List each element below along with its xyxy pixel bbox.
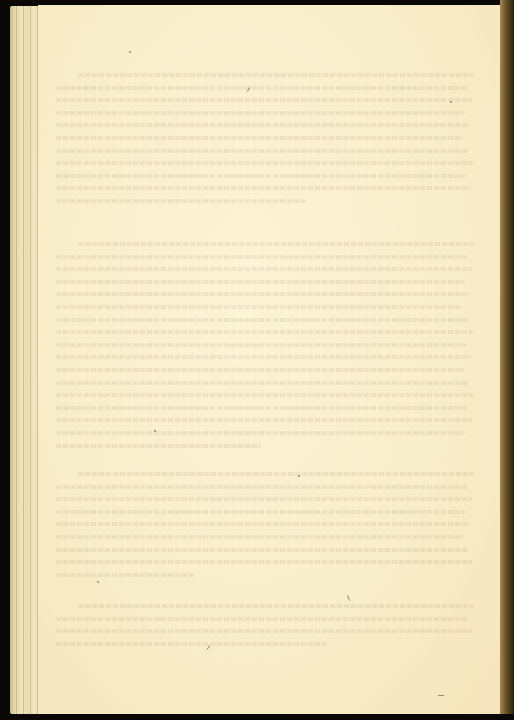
ghost-text-line (56, 111, 465, 115)
ghost-text-line (56, 255, 467, 259)
ghost-text-line (78, 472, 474, 476)
ghost-text-line (56, 418, 472, 422)
scan-border (0, 714, 514, 720)
ghost-text-line (56, 573, 194, 577)
ghost-text-line (56, 199, 306, 203)
ghost-text-line (56, 560, 473, 564)
ghost-text-line (56, 522, 470, 526)
scanned-page (0, 0, 514, 720)
ghost-text-line (56, 161, 473, 165)
ghost-text-line (56, 510, 465, 514)
ghost-text-line (78, 73, 474, 77)
ghost-text-line (56, 305, 463, 309)
ghost-text-line (56, 136, 463, 140)
ghost-text-line (56, 330, 473, 334)
ghost-text-line (78, 242, 474, 246)
ghost-text-line (56, 318, 468, 322)
book-spine-shadow (500, 0, 514, 720)
ghost-text-line (56, 355, 471, 359)
ghost-text-line (56, 123, 470, 127)
ghost-text-line (56, 292, 470, 296)
ghost-text-line (56, 368, 464, 372)
ghost-text-line (56, 381, 469, 385)
ghost-text-line (56, 280, 465, 284)
ghost-text-line (56, 86, 467, 90)
ghost-text-line (56, 444, 261, 448)
ghost-text-line (56, 343, 466, 347)
ghost-text-line (56, 186, 471, 190)
ghost-text-line (56, 393, 474, 397)
ghost-text-line (78, 604, 474, 608)
ghost-text-line (56, 535, 463, 539)
ghost-text-line (56, 149, 468, 153)
blank-page (38, 5, 501, 715)
ghost-text-line (56, 431, 465, 435)
ghost-text-line (56, 642, 326, 646)
ghost-text-line (56, 485, 467, 489)
ghost-text-line (56, 406, 467, 410)
ghost-text-line (56, 629, 472, 633)
ghost-text-line (56, 497, 472, 501)
ghost-text-line (56, 617, 467, 621)
ghost-text-line (56, 174, 466, 178)
ghost-text-line (56, 267, 472, 271)
ghost-text-line (56, 98, 472, 102)
ghost-text-line (56, 548, 468, 552)
